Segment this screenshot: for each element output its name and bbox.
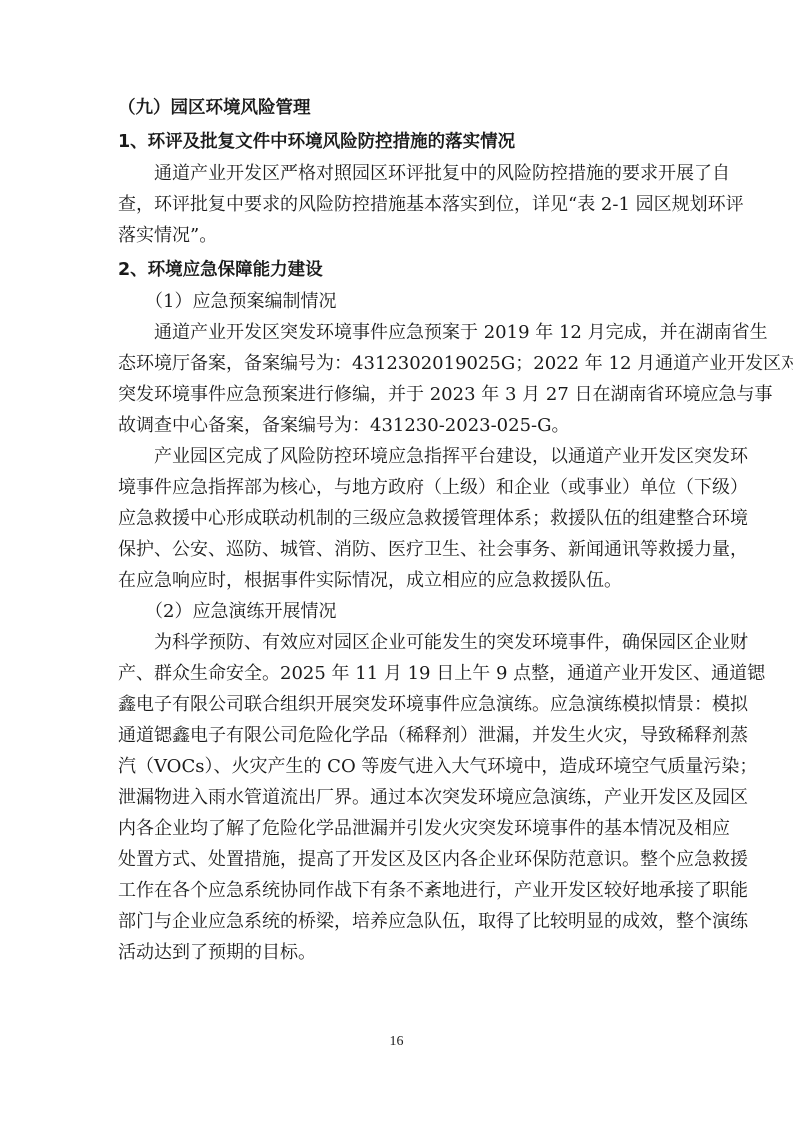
paragraph-line: 境事件应急指挥部为核心，与地方政府（上级）和企业（或事业）单位（下级） <box>118 476 748 500</box>
paragraph-line: 态环境厅备案，备案编号为：4312302019025G；2022 年 12 月通… <box>118 352 793 376</box>
subsection-heading-1: 1、环评及批复文件中环境风险防控措施的落实情况 <box>118 130 515 154</box>
item-title-1: （1）应急预案编制情况 <box>118 290 336 314</box>
paragraph-line: 突发环境事件应急预案进行修编，并于 2023 年 3 月 27 日在湖南省环境应… <box>118 383 773 407</box>
paragraph-line: 泄漏物进入雨水管道流出厂界。通过本次突发环境应急演练，产业开发区及园区 <box>118 786 748 810</box>
paragraph-line: 保护、公安、巡防、城管、消防、医疗卫生、社会事务、新闻通讯等救援力量， <box>118 538 748 562</box>
paragraph-line: 鑫电子有限公司联合组织开展突发环境事件应急演练。应急演练模拟情景：模拟 <box>118 693 748 717</box>
section-title: （九）园区环境风险管理 <box>118 96 311 120</box>
paragraph-line: 工作在各个应急系统协同作战下有条不紊地进行，产业开发区较好地承接了职能 <box>118 879 748 903</box>
paragraph-line: 部门与企业应急系统的桥梁，培养应急队伍，取得了比较明显的成效，整个演练 <box>118 910 748 934</box>
paragraph-line: 通道产业开发区突发环境事件应急预案于 2019 年 12 月完成，并在湖南省生 <box>118 321 768 345</box>
paragraph-line: 应急救援中心形成联动机制的三级应急救援管理体系；救援队伍的组建整合环境 <box>118 507 748 531</box>
paragraph-line: 产业园区完成了风险防控环境应急指挥平台建设，以通道产业开发区突发环 <box>118 445 748 469</box>
paragraph-line: 内各企业均了解了危险化学品泄漏并引发火灾突发环境事件的基本情况及相应 <box>118 817 730 841</box>
paragraph-line: 通道锶鑫电子有限公司危险化学品（稀释剂）泄漏，并发生火灾，导致稀释剂蒸 <box>118 724 748 748</box>
paragraph-line: 落实情况”。 <box>118 224 217 248</box>
paragraph-line: 处置方式、处置措施，提高了开发区及区内各企业环保防范意识。整个应急救援 <box>118 848 748 872</box>
paragraph-line: 故调查中心备案，备案编号为：431230-2023-025-G。 <box>118 414 570 438</box>
paragraph-line: 在应急响应时，根据事件实际情况，成立相应的应急救援队伍。 <box>118 569 622 593</box>
paragraph-line: 汽（VOCs）、火灾产生的 CO 等废气进入大气环境中，造成环境空气质量污染； <box>118 755 757 779</box>
paragraph-line: 活动达到了预期的目标。 <box>118 941 316 965</box>
subsection-heading-2: 2、环境应急保障能力建设 <box>118 258 323 282</box>
paragraph-line: 为科学预防、有效应对园区企业可能发生的突发环境事件，确保园区企业财 <box>118 631 748 655</box>
paragraph-line: 通道产业开发区严格对照园区环评批复中的风险防控措施的要求开展了自 <box>118 162 730 186</box>
item-title-2: （2）应急演练开展情况 <box>118 600 336 624</box>
paragraph-line: 查，环评批复中要求的风险防控措施基本落实到位，详见“表 2-1 园区规划环评 <box>118 193 744 217</box>
page-number: 16 <box>0 1034 793 1050</box>
paragraph-line: 产、群众生命安全。2025 年 11 月 19 日上午 9 点整，通道产业开发区… <box>118 662 765 686</box>
